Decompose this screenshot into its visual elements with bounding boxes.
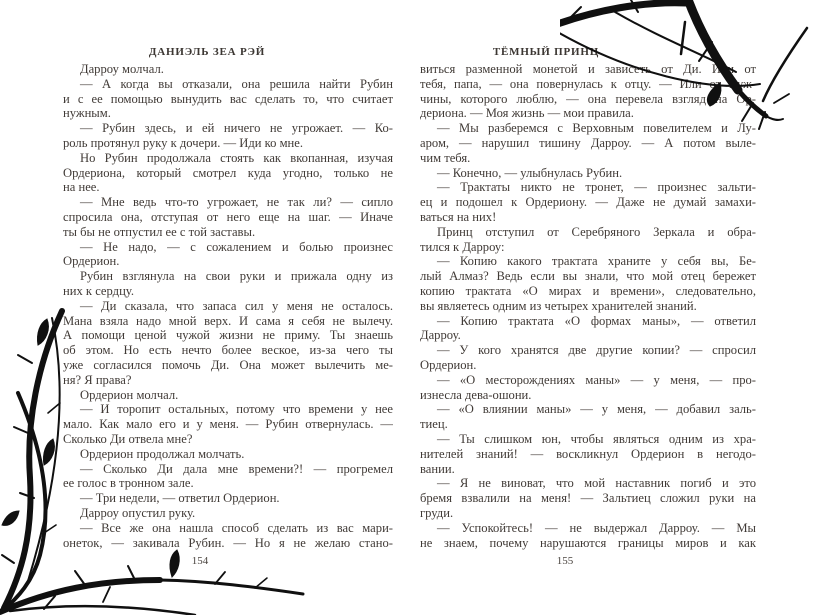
text-line: ня? Я права?: [63, 373, 393, 388]
text-line: Сколько Ди отвела мне?: [63, 432, 393, 447]
text-line: аром, — нарушил тишину Дарроу. — А потом…: [420, 136, 756, 151]
right-page-body: виться разменной монетой и зависеть от Д…: [420, 62, 756, 550]
text-line: — Все же она нашла способ сделать из вас…: [63, 521, 393, 536]
text-line: уже согласился помочь Ди. Она может выле…: [63, 358, 393, 373]
text-line: Дарроу опустил руку.: [63, 506, 393, 521]
left-page: ДАНИЭЛЬ ЗЕА РЭЙ Дарроу молчал.— А когда …: [63, 0, 393, 615]
left-page-header: ДАНИЭЛЬ ЗЕА РЭЙ: [42, 46, 372, 58]
text-line: — Мы разберемся с Верховным повелителем …: [420, 121, 756, 136]
text-line: — Конечно, — улыбнулась Рубин.: [420, 166, 756, 181]
text-line: Ордериона, который смотрел куда угодно, …: [63, 166, 393, 181]
text-line: спросила она, отступая от него еще на ша…: [63, 210, 393, 225]
text-line: — «О месторождениях маны» — у меня, — пр…: [420, 373, 756, 388]
text-line: — Ты слишком юн, чтобы являться одним из…: [420, 432, 756, 447]
text-line: — «О влиянии маны» — у меня, — добавил з…: [420, 402, 756, 417]
text-line: нужным.: [63, 106, 393, 121]
right-page: ТЁМНЫЙ ПРИНЦ виться разменной монетой и …: [420, 0, 756, 615]
text-line: ее голос в тронном зале.: [63, 476, 393, 491]
text-line: — Копию трактата «О формах маны», — отве…: [420, 314, 756, 329]
right-page-header: ТЁМНЫЙ ПРИНЦ: [378, 46, 714, 58]
text-line: чим тебя.: [420, 151, 756, 166]
text-line: А помощи ценой чужой жизни не приму. Ты …: [63, 328, 393, 343]
text-line: вы являетесь одним из четырех хранителей…: [420, 299, 756, 314]
text-line: вании.: [420, 462, 756, 477]
text-line: нителей знаний! — воскликнул Ордерион в …: [420, 447, 756, 462]
text-line: лый Алмаз? Ведь если вы знали, что мой о…: [420, 269, 756, 284]
text-line: — И торопит остальных, потому что времен…: [63, 402, 393, 417]
text-line: — Три недели, — ответил Ордерион.: [63, 491, 393, 506]
text-line: онеток, — закивала Рубин. — Но я не жела…: [63, 536, 393, 551]
text-line: Ордерион.: [63, 254, 393, 269]
text-line: тился к Дарроу:: [420, 240, 756, 255]
text-line: — Я не виноват, что мой наставник погиб …: [420, 476, 756, 491]
text-line: Ордерион.: [420, 358, 756, 373]
text-line: — А когда вы отказали, она решила найти …: [63, 77, 393, 92]
text-line: — Рубин здесь, и ей ничего не угрожает. …: [63, 121, 393, 136]
text-line: тиец.: [420, 417, 756, 432]
book-spread: ДАНИЭЛЬ ЗЕА РЭЙ Дарроу молчал.— А когда …: [0, 0, 820, 615]
text-line: не знаем, почему нарушаются границы миро…: [420, 536, 756, 551]
text-line: Дарроу молчал.: [63, 62, 393, 77]
text-line: — Сколько Ди дала мне времени?! — прогре…: [63, 462, 393, 477]
text-line: изнесла дева-ошони.: [420, 388, 756, 403]
text-line: ваться на них!: [420, 210, 756, 225]
text-line: мало. Как мало его и у меня. — Рубин отв…: [63, 417, 393, 432]
text-line: ец и подошел к Ордериону. — Даже не дума…: [420, 195, 756, 210]
text-line: роль протянул руку к дочери. — Иди ко мн…: [63, 136, 393, 151]
right-page-number: 155: [397, 555, 733, 567]
text-line: — Не надо, — с сожалением и болью произн…: [63, 240, 393, 255]
text-line: копию трактата «О мирах и времени», след…: [420, 284, 756, 299]
text-line: — У кого хранятся две другие копии? — сп…: [420, 343, 756, 358]
text-line: тебя, папа, — она повернулась к отцу. — …: [420, 77, 756, 92]
text-line: груди.: [420, 506, 756, 521]
text-line: чины, которого люблю, — она перевела взг…: [420, 92, 756, 107]
text-line: бремя взвалили на меня! — Зальтиец сложи…: [420, 491, 756, 506]
text-line: — Успокойтесь! — не выдержал Дарроу. — М…: [420, 521, 756, 536]
text-line: и с ее помощью вынудить вас сделать то, …: [63, 92, 393, 107]
left-page-body: Дарроу молчал.— А когда вы отказали, она…: [63, 62, 393, 550]
text-line: Дарроу.: [420, 328, 756, 343]
text-line: — Мне ведь что-то угрожает, не так ли? —…: [63, 195, 393, 210]
text-line: них к сердцу.: [63, 284, 393, 299]
text-line: Принц отступил от Серебряного Зеркала и …: [420, 225, 756, 240]
text-line: Но Рубин продолжала стоять как вкопанная…: [63, 151, 393, 166]
text-line: — Ди сказала, что запаса сил у меня не о…: [63, 299, 393, 314]
text-line: — Трактаты никто не тронет, — произнес з…: [420, 180, 756, 195]
left-page-number: 154: [35, 555, 365, 567]
text-line: на нее.: [63, 180, 393, 195]
text-line: Мана взяла надо мной верх. И сама я себя…: [63, 314, 393, 329]
text-line: — Копию какого трактата храните у себя в…: [420, 254, 756, 269]
text-line: Ордерион продолжал молчать.: [63, 447, 393, 462]
text-line: Ордерион молчал.: [63, 388, 393, 403]
text-line: дериона. — Моя жизнь — мои правила.: [420, 106, 756, 121]
text-line: виться разменной монетой и зависеть от Д…: [420, 62, 756, 77]
text-line: об этом. Но есть нечто более веское, из-…: [63, 343, 393, 358]
text-line: ты бы не отпустил ее с той заставы.: [63, 225, 393, 240]
text-line: Рубин взглянула на свои руки и прижала о…: [63, 269, 393, 284]
